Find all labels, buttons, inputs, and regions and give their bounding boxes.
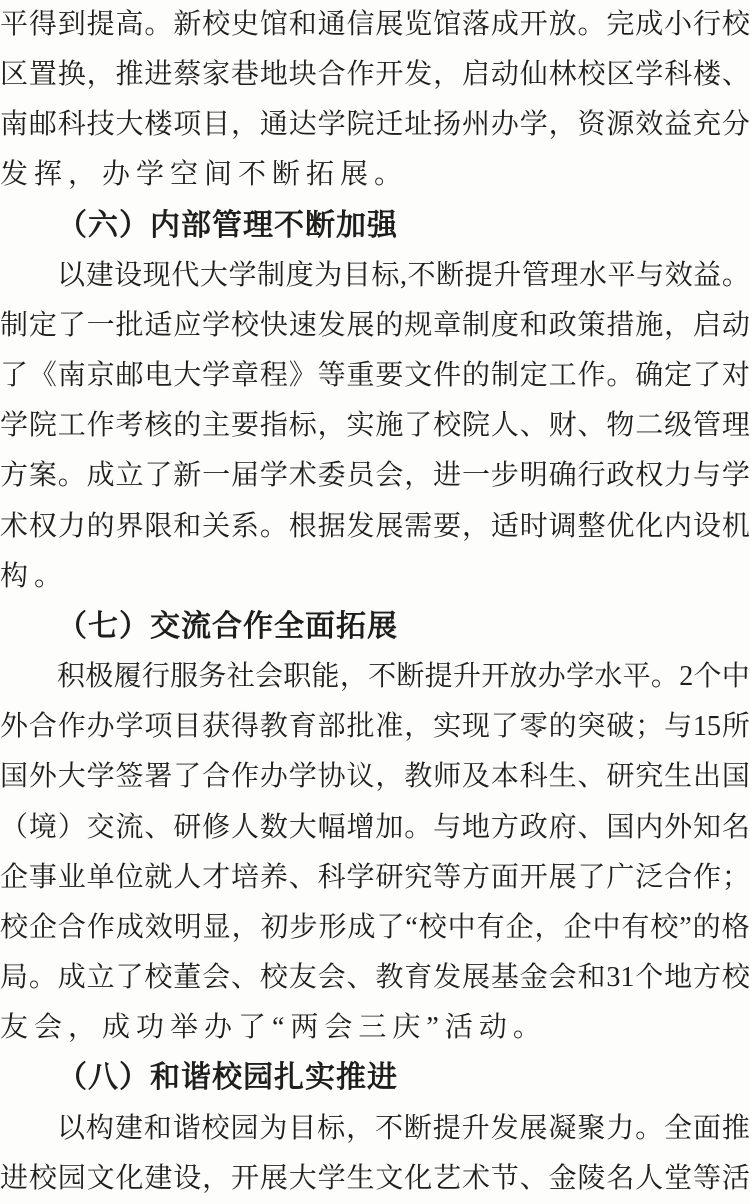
text-line: 区置换，推进蔡家巷地块合作开发，启动仙林校区学科楼、 (0, 50, 750, 100)
text-line: （境）交流、研修人数大幅增加。与地方政府、国内外知名 (0, 803, 750, 853)
text-line: 制定了一批适应学校快速发展的规章制度和政策措施，启动 (0, 301, 750, 351)
section-heading-8: （八）和谐校园扎实推进 (0, 1053, 750, 1103)
section-heading-6: （六）内部管理不断加强 (0, 201, 750, 251)
text-line: 国外大学签署了合作办学协议，教师及本科生、研究生出国 (0, 752, 750, 802)
text-line: 友会，成功举办了“两会三庆”活动。 (0, 1003, 750, 1053)
text-line: 了《南京邮电大学章程》等重要文件的制定工作。确定了对 (0, 351, 750, 401)
text-line: 南邮科技大楼项目，通达学院迁址扬州办学，资源效益充分 (0, 100, 750, 150)
text-line: 发挥，办学空间不断拓展。 (0, 150, 750, 200)
text-line: 方案。成立了新一届学术委员会，进一步明确行政权力与学 (0, 451, 750, 501)
section-heading-7: （七）交流合作全面拓展 (0, 602, 750, 652)
text-line: 以构建和谐校园为目标，不断提升发展凝聚力。全面推 (0, 1103, 750, 1153)
text-line: 积极履行服务社会职能，不断提升开放办学水平。2个中 (0, 652, 750, 702)
text-line: 构。 (0, 552, 750, 602)
text-line: 平得到提高。新校史馆和通信展览馆落成开放。完成小行校 (0, 0, 750, 50)
text-line: 以建设现代大学制度为目标,不断提升管理水平与效益。 (0, 251, 750, 301)
text-line: 进校园文化建设，开展大学生文化艺术节、金陵名人堂等活 (0, 1154, 750, 1204)
text-line: 术权力的界限和关系。根据发展需要，适时调整优化内设机 (0, 502, 750, 552)
text-line: 企事业单位就人才培养、科学研究等方面开展了广泛合作； (0, 853, 750, 903)
text-line: 校企合作成效明显，初步形成了“校中有企，企中有校”的格 (0, 903, 750, 953)
document-page: 平得到提高。新校史馆和通信展览馆落成开放。完成小行校 区置换，推进蔡家巷地块合作… (0, 0, 750, 1204)
text-line: 学院工作考核的主要指标，实施了校院人、财、物二级管理 (0, 401, 750, 451)
text-line: 局。成立了校董会、校友会、教育发展基金会和31个地方校 (0, 953, 750, 1003)
text-line: 外合作办学项目获得教育部批准，实现了零的突破；与15所 (0, 702, 750, 752)
